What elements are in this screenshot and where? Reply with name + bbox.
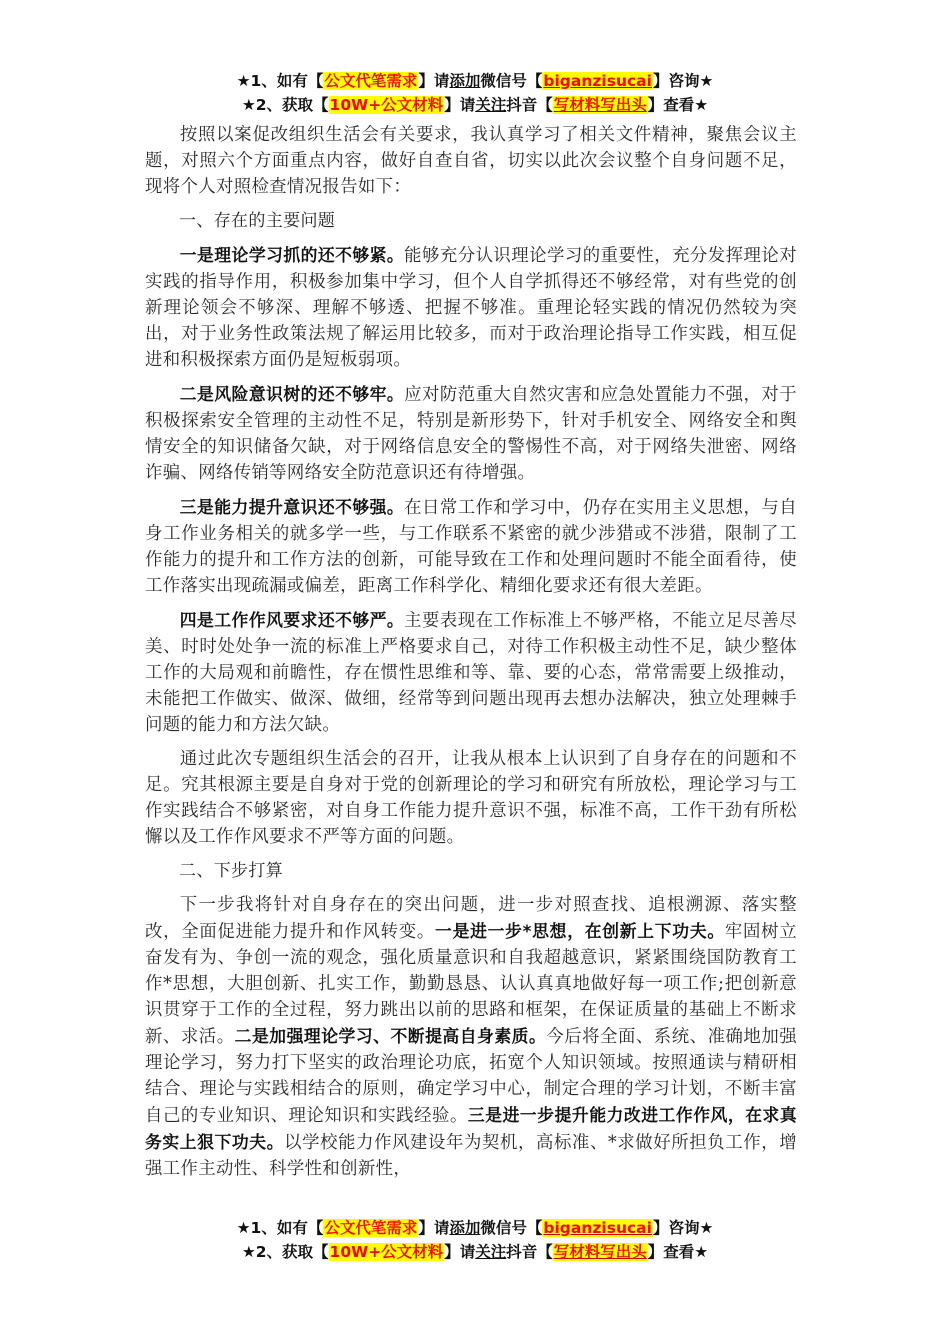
problem-lead: 二是风险意识树的还不够牢。 (180, 384, 404, 404)
underlined-add: 添加 (449, 1219, 480, 1237)
promo-text: 】请 (444, 1243, 475, 1261)
promo-text: ★1、如有【 (237, 1219, 324, 1237)
promo-line-2: ★2、获取【10W+公文材料】请关注抖音【写材料写出头】查看★ (0, 93, 950, 117)
promo-text: 】请 (444, 96, 475, 114)
promo-text: ★2、获取【 (242, 96, 329, 114)
highlight-materials: 10W+公文材料 (329, 1243, 445, 1261)
douyin-account-link[interactable]: 写材料写出头 (553, 1243, 648, 1261)
promo-text: ★1、如有【 (237, 72, 324, 90)
plan-paragraph: 下一步我将针对自身存在的突出问题，进一步对照查找、追根溯源、落实整改，全面促进能… (145, 892, 797, 1182)
promo-text: 】咨询★ (653, 1219, 713, 1237)
problem-paragraph-2: 二是风险意识树的还不够牢。应对防范重大自然灾害和应急处置能力不强，对于积极探索安… (145, 381, 797, 486)
document-body: 按照以案促改组织生活会有关要求，我认真学习了相关文件精神，聚焦会议主题，对照六个… (145, 122, 797, 1190)
underlined-follow: 关注 (475, 96, 506, 114)
plan-lead-2: 二是加强理论学习、不断提高自身素质。 (235, 1026, 547, 1046)
promo-text: 微信号【 (480, 1219, 542, 1237)
promo-text: 】咨询★ (653, 72, 713, 90)
promo-text: ★2、获取【 (242, 1243, 329, 1261)
promo-text: 】查看★ (648, 1243, 708, 1261)
problem-paragraph-4: 四是工作作风要求还不够严。主要表现在工作标准上不够严格，不能立足尽善尽美、时时处… (145, 607, 797, 738)
plan-lead-1: 一是进一步*思想，在创新上下功夫。 (435, 921, 725, 941)
problem-lead: 一是理论学习抓的还不够紧。 (180, 245, 404, 265)
highlight-service: 公文代笔需求 (323, 72, 418, 90)
summary-paragraph: 通过此次专题组织生活会的召开，让我从根本上认识到了自身存在的问题和不足。究其根源… (145, 746, 797, 850)
underlined-follow: 关注 (475, 1243, 506, 1261)
promo-text: 抖音【 (506, 96, 553, 114)
promo-text: 】查看★ (648, 96, 708, 114)
promo-text: 微信号【 (480, 72, 542, 90)
problem-paragraph-1: 一是理论学习抓的还不够紧。能够充分认识理论学习的重要性，充分发挥理论对实践的指导… (145, 242, 797, 373)
promo-banner-top: ★1、如有【公文代笔需求】请添加微信号【biganzisucai】咨询★ ★2、… (0, 69, 950, 117)
promo-text: 】请 (418, 1219, 449, 1237)
promo-line-2: ★2、获取【10W+公文材料】请关注抖音【写材料写出头】查看★ (0, 1240, 950, 1264)
promo-text: 】请 (418, 72, 449, 90)
douyin-account-link[interactable]: 写材料写出头 (553, 96, 648, 114)
section-heading-problems: 一、存在的主要问题 (145, 208, 797, 234)
problem-lead: 四是工作作风要求还不够严。 (180, 610, 404, 630)
promo-banner-bottom: ★1、如有【公文代笔需求】请添加微信号【biganzisucai】咨询★ ★2、… (0, 1216, 950, 1264)
promo-text: 抖音【 (506, 1243, 553, 1261)
wechat-id-link[interactable]: biganzisucai (542, 72, 653, 90)
promo-line-1: ★1、如有【公文代笔需求】请添加微信号【biganzisucai】咨询★ (0, 1216, 950, 1240)
highlight-service: 公文代笔需求 (323, 1219, 418, 1237)
problem-lead: 三是能力提升意识还不够强。 (180, 497, 404, 517)
highlight-materials: 10W+公文材料 (329, 96, 445, 114)
problem-paragraph-3: 三是能力提升意识还不够强。在日常工作和学习中，仍存在实用主义思想，与自身工作业务… (145, 494, 797, 599)
promo-line-1: ★1、如有【公文代笔需求】请添加微信号【biganzisucai】咨询★ (0, 69, 950, 93)
underlined-add: 添加 (449, 72, 480, 90)
section-heading-plan: 二、下步打算 (145, 858, 797, 884)
intro-paragraph: 按照以案促改组织生活会有关要求，我认真学习了相关文件精神，聚焦会议主题，对照六个… (145, 122, 797, 200)
wechat-id-link[interactable]: biganzisucai (542, 1219, 653, 1237)
